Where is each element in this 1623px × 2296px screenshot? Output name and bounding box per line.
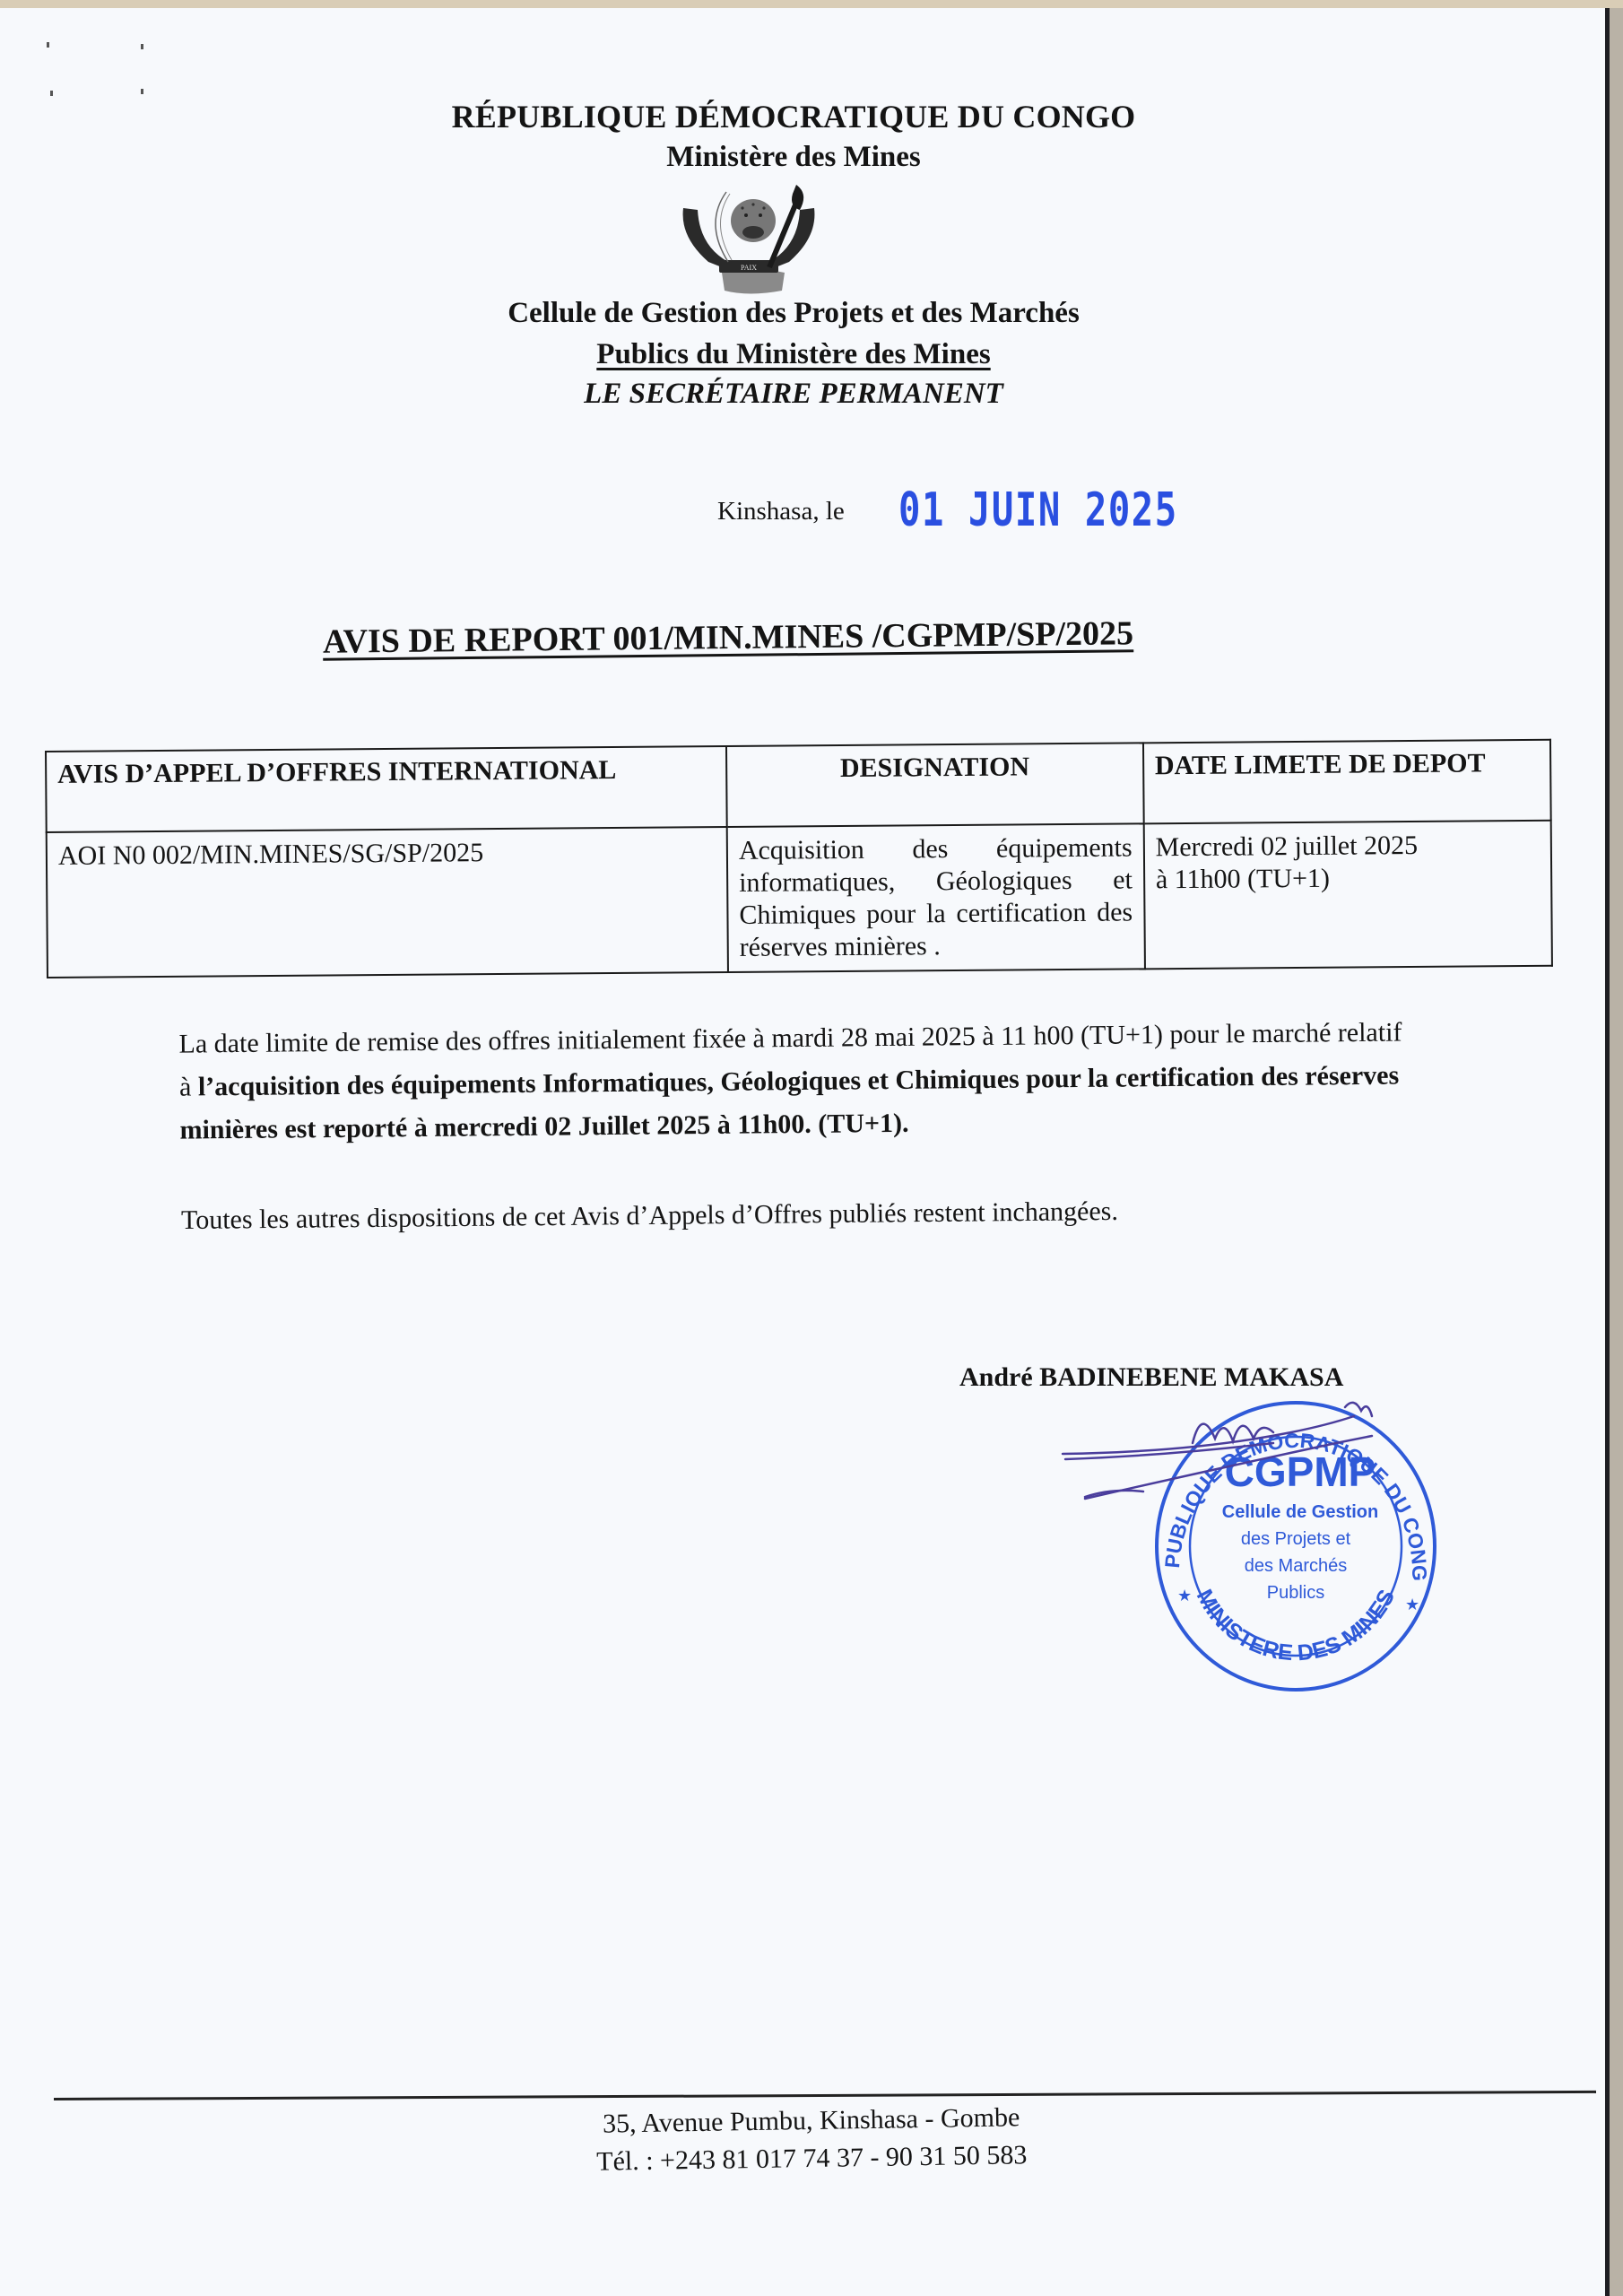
paragraph-emphasis: l’acquisition des équipements Informatiq…: [179, 1061, 1399, 1145]
table-row: AOI N0 002/MIN.MINES/SG/SP/2025 Acquisit…: [47, 821, 1552, 978]
column-header-reference: AVIS D’APPEL D’OFFRES INTERNATIONAL: [46, 746, 727, 832]
svg-text:Publics: Publics: [1267, 1583, 1324, 1603]
svg-text:★: ★: [1405, 1596, 1419, 1613]
column-header-deadline: DATE LIMETE DE DEPOT: [1143, 740, 1551, 824]
unit-heading-line1: Cellule de Gestion des Projets et des Ma…: [0, 297, 1587, 330]
ministry-heading: Ministère des Mines: [0, 141, 1587, 174]
scan-speck: [141, 44, 143, 49]
office-heading: LE SECRÉTAIRE PERMANENT: [0, 378, 1587, 411]
cell-designation: Acquisition des équipements informatique…: [727, 823, 1145, 972]
svg-text:PAIX: PAIX: [741, 264, 757, 272]
scan-top-edge: [0, 0, 1623, 8]
coat-of-arms-icon: PAIX: [673, 183, 825, 295]
table-header-row: AVIS D’APPEL D’OFFRES INTERNATIONAL DESI…: [46, 740, 1551, 832]
date-stamp: 01 JUIN 2025: [898, 483, 1178, 537]
postponement-paragraph: La date limite de remise des offres init…: [178, 1011, 1417, 1152]
svg-text:des Projets et: des Projets et: [1241, 1529, 1351, 1549]
handwritten-signature: [1058, 1389, 1444, 1515]
svg-text:des Marchés: des Marchés: [1245, 1556, 1348, 1576]
deadline-time: à 11h00 (TU+1): [1156, 861, 1541, 896]
scan-speck: [47, 42, 49, 48]
tender-table: AVIS D’APPEL D’OFFRES INTERNATIONAL DESI…: [45, 739, 1553, 978]
column-header-designation: DESIGNATION: [726, 743, 1143, 827]
dateline-place: Kinshasa, le: [717, 497, 845, 526]
deadline-date: Mercredi 02 juillet 2025: [1155, 829, 1540, 864]
footer-contact: 35, Avenue Pumbu, Kinshasa - Gombe Tél. …: [0, 2090, 1623, 2190]
notice-title: AVIS DE REPORT 001/MIN.MINES /CGPMP/SP/2…: [323, 613, 1133, 661]
country-heading: RÉPUBLIQUE DÉMOCRATIQUE DU CONGO: [0, 98, 1587, 135]
unit-heading-line2: Publics du Ministère des Mines: [0, 338, 1587, 371]
scan-speck: [141, 89, 143, 94]
scan-speck: [50, 91, 53, 96]
svg-text:★: ★: [1177, 1587, 1192, 1605]
cell-deadline: Mercredi 02 juillet 2025 à 11h00 (TU+1): [1143, 821, 1552, 970]
document-page: RÉPUBLIQUE DÉMOCRATIQUE DU CONGO Ministè…: [0, 8, 1610, 2296]
cell-reference: AOI N0 002/MIN.MINES/SG/SP/2025: [47, 827, 728, 978]
closing-paragraph: Toutes les autres dispositions de cet Av…: [181, 1196, 1118, 1236]
